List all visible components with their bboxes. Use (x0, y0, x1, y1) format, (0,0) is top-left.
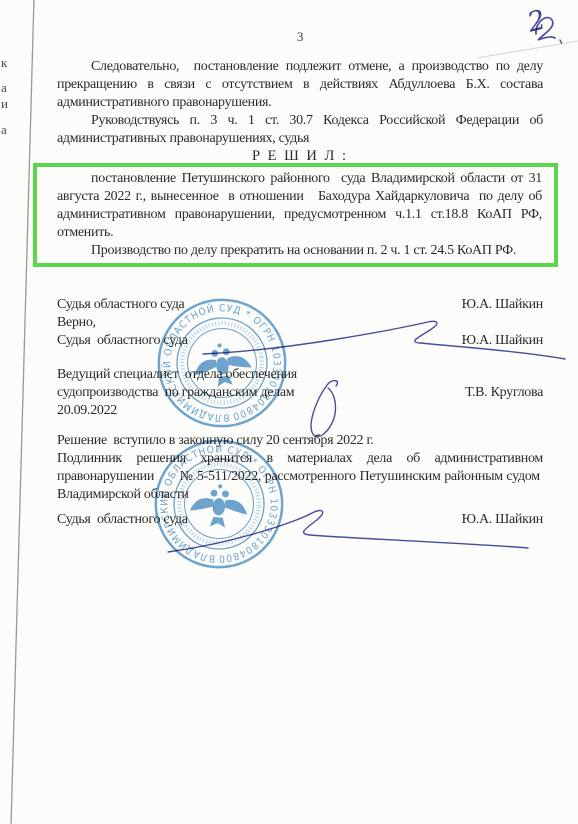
handwritten-comma-stroke (560, 40, 562, 43)
signature-name: Ю.А. Шайкин (462, 296, 543, 314)
signature-name: Т.В. Круглова (465, 384, 543, 402)
verno-label: Верно, (57, 314, 543, 332)
signature-row-specialist: Ведущий специалист отдела обеспечения су… (57, 366, 543, 420)
signature-role: Судья областного суда (57, 511, 188, 529)
signature-name: Ю.А. Шайкин (462, 332, 543, 350)
resolution-paragraph-1: постановление Петушинского районного суд… (57, 170, 542, 242)
body-paragraph-legal-basis: Руководствуясь п. 3 ч. 1 ст. 30.7 Кодекс… (57, 112, 543, 148)
edge-text-fragment: а (1, 122, 11, 138)
signature-row-judge-copy: Судья областного суда Ю.А. Шайкин (57, 332, 543, 350)
signature-name: Ю.А. Шайкин (462, 511, 543, 529)
entry-into-force-line: Решение вступило в законную силу 20 сент… (57, 432, 543, 450)
scanned-court-document-page: к а и а 2 3 Следовательно, постановление… (0, 0, 578, 824)
body-paragraph-conclusion: Следовательно, постановление подлежит от… (57, 58, 543, 112)
certification-date: 20.09.2022 (57, 402, 543, 420)
signature-role: Судья областного суда (57, 332, 188, 350)
edge-text-fragment: к (1, 55, 11, 71)
edge-text-fragment: и (1, 96, 11, 112)
edge-text-fragment: а (1, 80, 11, 96)
highlighted-resolution-box: постановление Петушинского районного суд… (33, 163, 558, 267)
signature-role: Судья областного суда (57, 296, 184, 314)
resolution-paragraph-2: Производство по делу прекратить на основ… (57, 242, 542, 260)
specialist-role-line: Ведущий специалист отдела обеспечения (57, 366, 543, 384)
signature-row-judge: Судья областного суда Ю.А. Шайкин (57, 296, 543, 314)
scan-edge-line (11, 0, 34, 824)
page-number: 3 (57, 28, 543, 46)
signature-row-judge-final: Судья областного суда Ю.А. Шайкин (57, 511, 543, 529)
original-location-paragraph: Подлинник решения хранится в материалах … (57, 450, 543, 504)
